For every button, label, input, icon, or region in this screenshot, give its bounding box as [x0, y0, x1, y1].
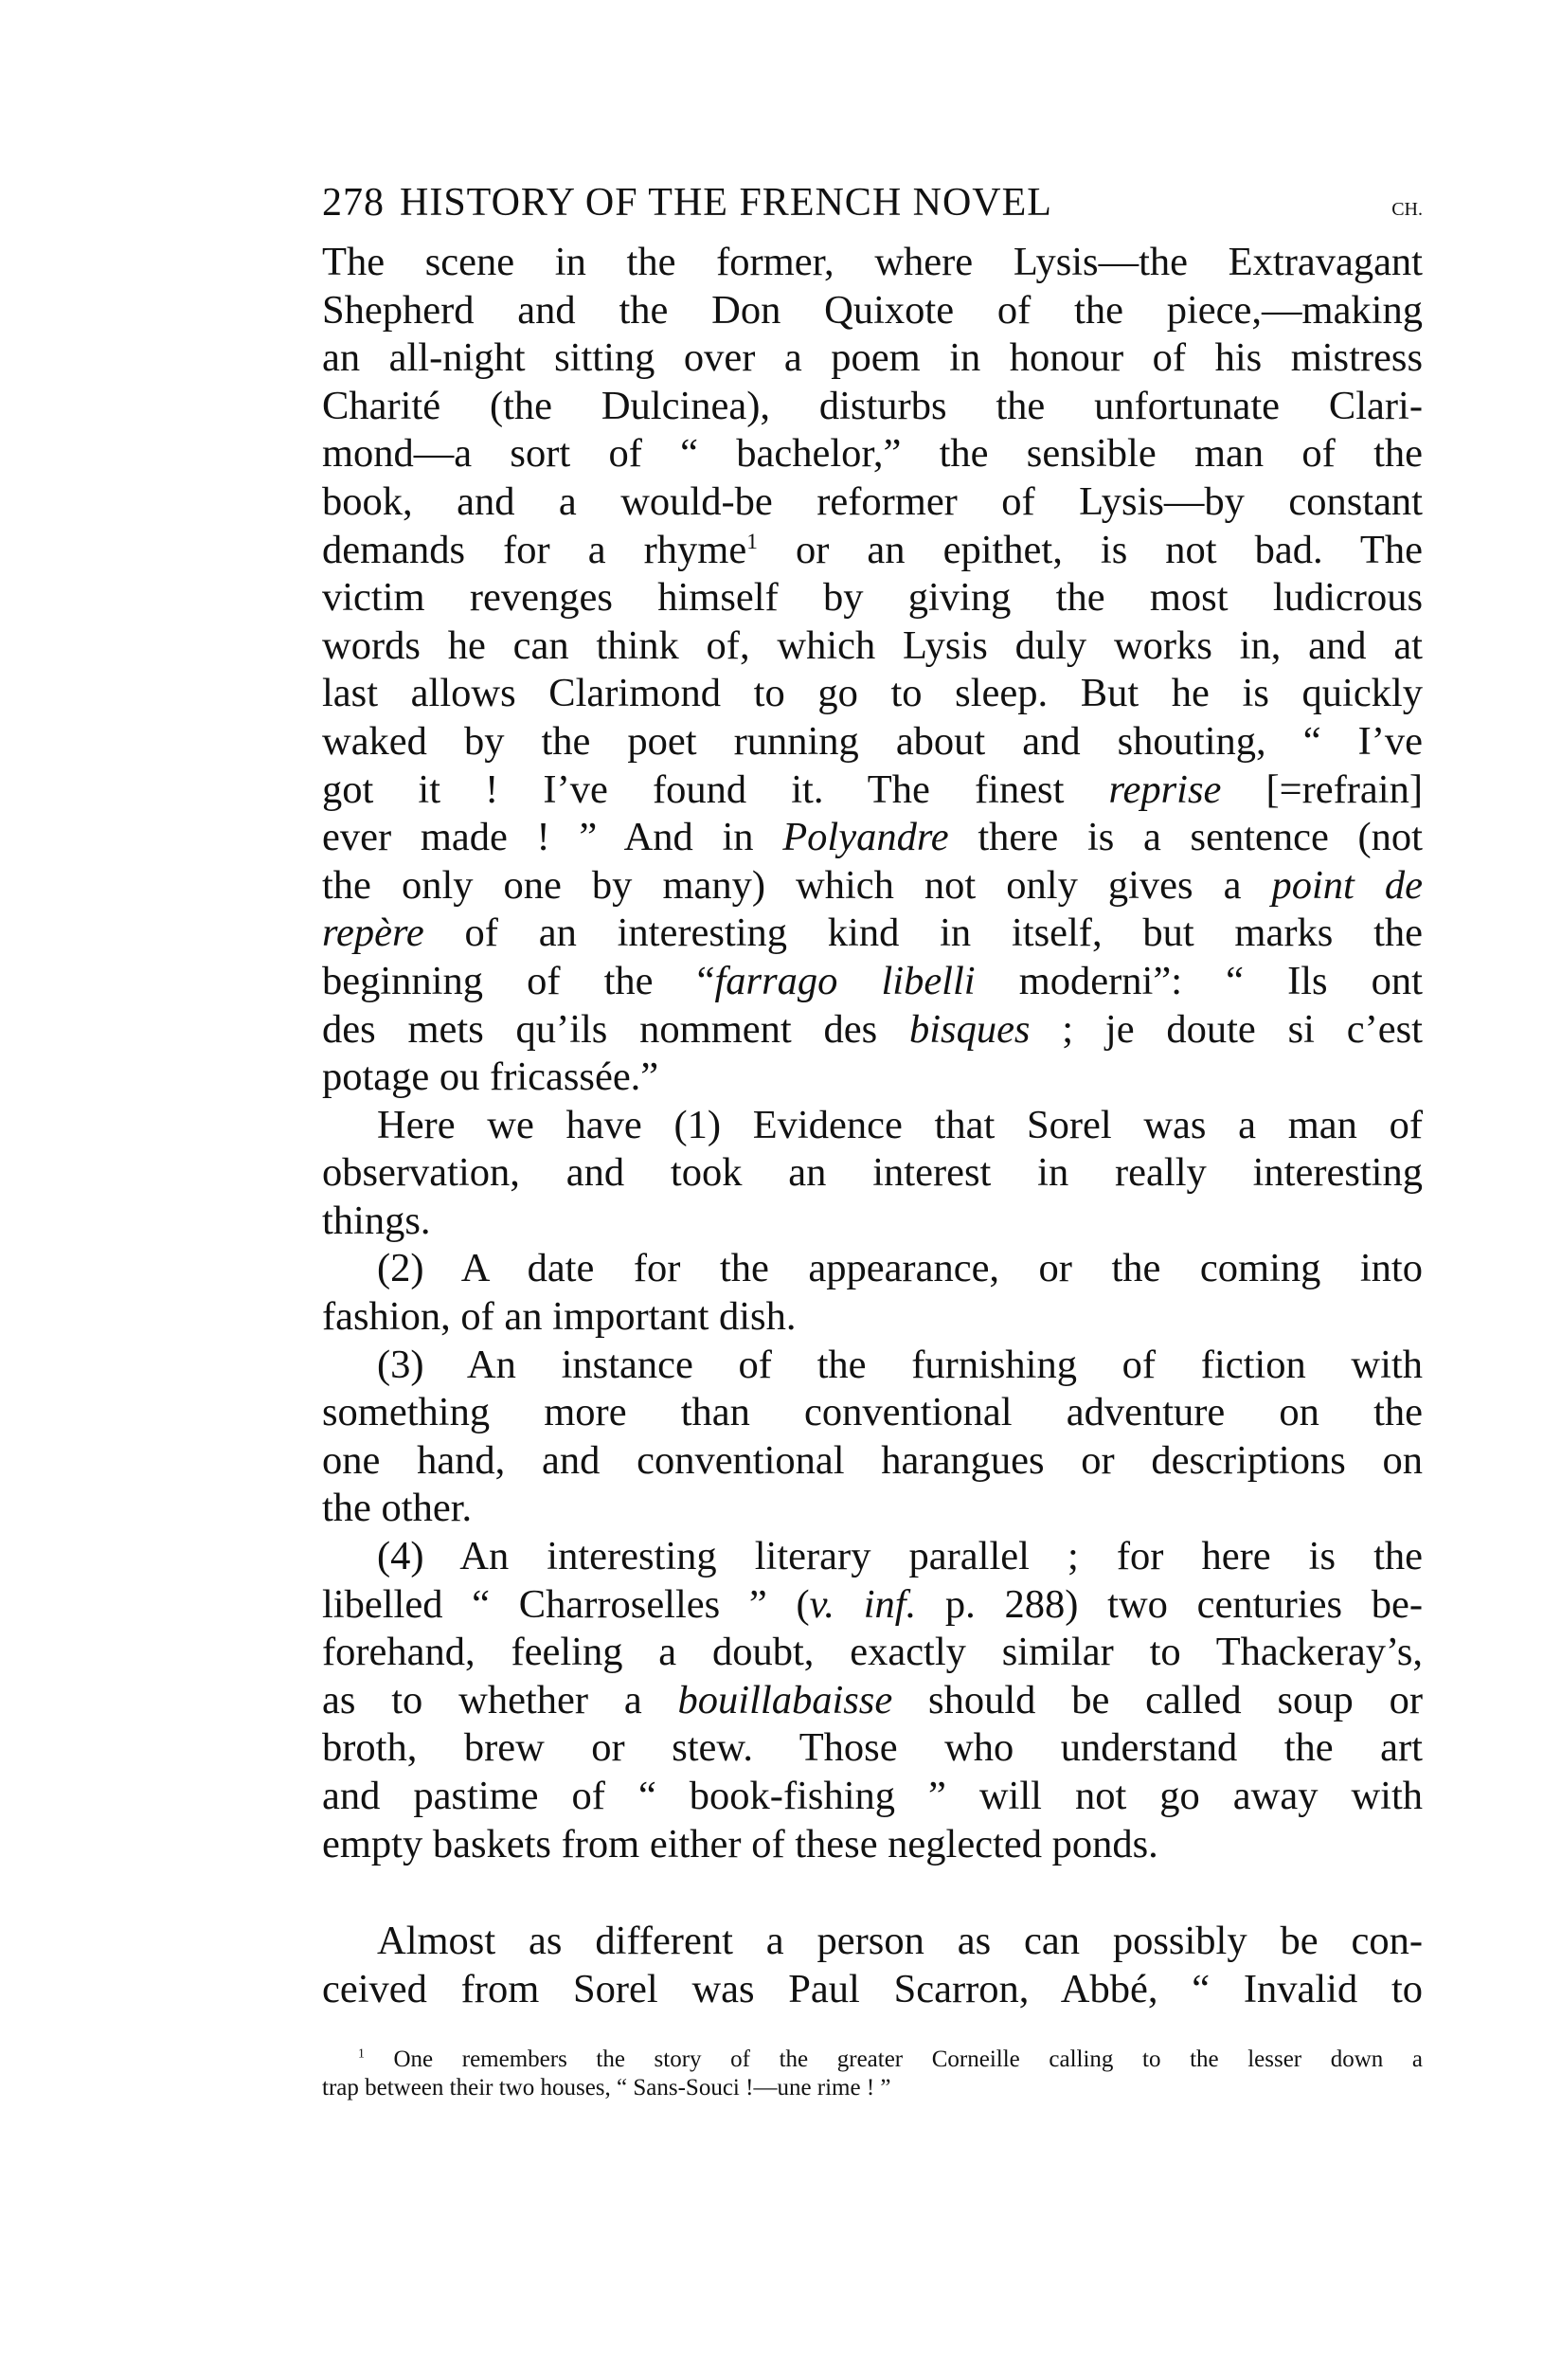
page-number: 278 [322, 180, 385, 225]
paragraph: Almost as different a person as can poss… [322, 1918, 1423, 2013]
text-line: Shepherd and the Don Quixote of the piec… [322, 287, 1423, 335]
text-line: ceived from Sorel was Paul Scarron, Abbé… [322, 1966, 1423, 2014]
text-line: (2) A date for the appearance, or the co… [322, 1245, 1423, 1293]
book-page: 278 HISTORY OF THE FRENCH NOVEL CH. The … [322, 180, 1423, 2102]
italic-title: Polyandre [782, 815, 948, 859]
text-line: repère of an interesting kind in itself,… [322, 910, 1423, 958]
body-text: The scene in the former, where Lysis—the… [322, 239, 1423, 2013]
text-line: things. [322, 1198, 1423, 1246]
text-line: one hand, and conventional harangues or … [322, 1437, 1423, 1486]
text-line: the other. [322, 1485, 1423, 1533]
text-line: and pastime of “ book-fishing ” will not… [322, 1773, 1423, 1821]
paragraph: (2) A date for the appearance, or the co… [322, 1245, 1423, 1341]
text-line: (3) An instance of the furnishing of fic… [322, 1342, 1423, 1390]
italic-term: point de [1271, 863, 1423, 908]
text-line: demands for a rhyme1 or an epithet, is n… [322, 527, 1423, 575]
text-line: victim revenges himself by giving the mo… [322, 574, 1423, 622]
text-line: broth, brew or stew. Those who understan… [322, 1724, 1423, 1773]
text-line: something more than conventional adventu… [322, 1389, 1423, 1437]
paragraph: Here we have (1) Evidence that Sorel was… [322, 1102, 1423, 1246]
text-line: The scene in the former, where Lysis—the… [322, 239, 1423, 287]
footnote-line: trap between their two houses, “ Sans-So… [322, 2074, 1423, 2102]
text-line: potage ou fricassée.” [322, 1054, 1423, 1102]
book-title: HISTORY OF THE FRENCH NOVEL [400, 180, 1391, 225]
italic-term: reprise [1109, 767, 1222, 812]
text-line: the only one by many) which not only giv… [322, 862, 1423, 911]
text-line: an all-night sitting over a poem in hono… [322, 334, 1423, 383]
paragraph: (4) An interesting literary parallel ; f… [322, 1533, 1423, 1868]
text-line: des mets qu’ils nomment des bisques ; je… [322, 1006, 1423, 1055]
text-line: words he can think of, which Lysis duly … [322, 622, 1423, 671]
text-line: Almost as different a person as can poss… [322, 1918, 1423, 1966]
text-line: book, and a would-be reformer of Lysis—b… [322, 478, 1423, 527]
chapter-abbrev: CH. [1391, 199, 1423, 221]
paragraph: The scene in the former, where Lysis—the… [322, 239, 1423, 1102]
italic-term: repère [322, 911, 424, 955]
text-line: forehand, feeling a doubt, exactly simil… [322, 1629, 1423, 1677]
italic-abbrev: v. inf. [810, 1582, 917, 1627]
italic-term: farrago libelli [714, 959, 975, 1003]
text-line: as to whether a bouillabaisse should be … [322, 1677, 1423, 1725]
footnote-line: 1 One remembers the story of the greater… [322, 2046, 1423, 2074]
paragraph: (3) An instance of the furnishing of fic… [322, 1342, 1423, 1533]
text-line: Charité (the Dulcinea), disturbs the unf… [322, 383, 1423, 431]
footnote-marker: 1 [358, 2046, 365, 2061]
text-line: Here we have (1) Evidence that Sorel was… [322, 1102, 1423, 1150]
footnote-ref[interactable]: 1 [746, 529, 758, 553]
text-line: waked by the poet running about and shou… [322, 718, 1423, 766]
text-line: libelled “ Charroselles ” (v. inf. p. 28… [322, 1581, 1423, 1630]
text-line: last allows Clarimond to go to sleep. Bu… [322, 670, 1423, 718]
italic-term: bisques [909, 1007, 1031, 1052]
text-line: ever made ! ” And in Polyandre there is … [322, 814, 1423, 862]
text-line: fashion, of an important dish. [322, 1293, 1423, 1342]
running-head: 278 HISTORY OF THE FRENCH NOVEL CH. [322, 180, 1423, 237]
text-line: mond—a sort of “ bachelor,” the sensible… [322, 430, 1423, 478]
italic-term: bouillabaisse [678, 1678, 893, 1722]
text-line: empty baskets from either of these negle… [322, 1821, 1423, 1869]
text-line: beginning of the “farrago libelli modern… [322, 958, 1423, 1006]
text-line: got it ! I’ve found it. The finest repri… [322, 766, 1423, 815]
text-line: (4) An interesting literary parallel ; f… [322, 1533, 1423, 1581]
footnote: 1 One remembers the story of the greater… [322, 2046, 1423, 2102]
text-line: observation, and took an interest in rea… [322, 1149, 1423, 1198]
